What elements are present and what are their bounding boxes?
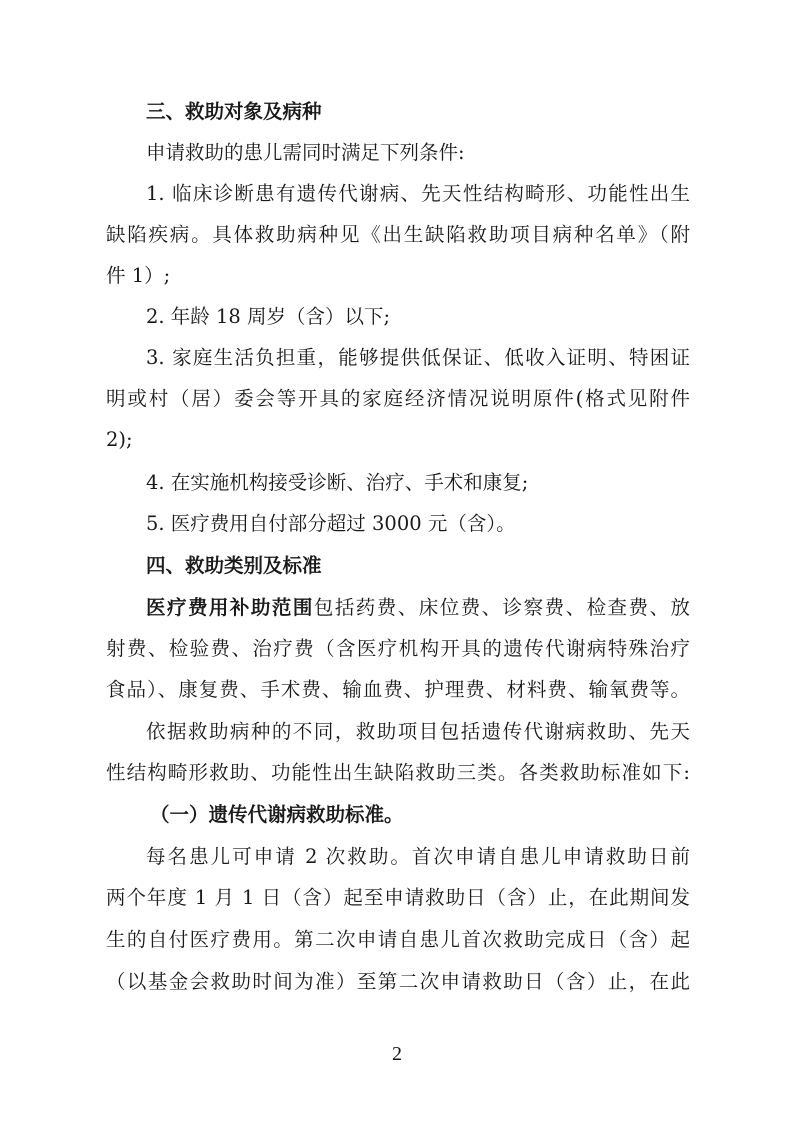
scope-line-1: 医疗费用补助范围包括药费、床位费、诊察费、检查费、放 [146, 593, 690, 623]
page-number: 2 [0, 1043, 794, 1066]
condition-2: 2. 年龄 18 周岁（含）以下; [146, 302, 690, 332]
subsection-1-line-2: 两个年度 1 月 1 日（含）起至申请救助日（含）止，在此期间发 [106, 883, 690, 913]
section-4-heading: 四、救助类别及标准 [146, 551, 690, 581]
subsection-1-heading: （一）遗传代谢病救助标准。 [150, 800, 734, 830]
condition-1-line-1: 1. 临床诊断患有遗传代谢病、先天性结构畸形、功能性出生 [146, 179, 690, 209]
scope-line-2: 射费、检验费、治疗费（含医疗机构开具的遗传代谢病特殊治疗 [106, 634, 690, 664]
condition-3-line-1: 3. 家庭生活负担重，能够提供低保证、低收入证明、特困证 [146, 343, 690, 373]
categories-line-2: 性结构畸形救助、功能性出生缺陷救助三类。各类救助标准如下: [106, 758, 690, 788]
categories-line-1: 依据救助病种的不同，救助项目包括遗传代谢病救助、先天 [146, 717, 690, 747]
section-3-intro: 申请救助的患儿需同时满足下列条件: [146, 138, 690, 168]
condition-1-line-3: 件 1）; [106, 261, 690, 291]
subsection-1-line-1: 每名患儿可申请 2 次救助。首次申请自患儿申请救助日前 [146, 842, 690, 872]
subsection-1-line-4: （以基金会救助时间为准）至第二次申请救助日（含）止，在此 [106, 967, 690, 997]
condition-3-line-2: 明或村（居）委会等开具的家庭经济情况说明原件(格式见附件 [106, 384, 690, 414]
scope-bold-lead: 医疗费用补助范围 [146, 596, 314, 619]
condition-3-line-3: 2); [106, 425, 690, 455]
document-page: 三、救助对象及病种 申请救助的患儿需同时满足下列条件: 1. 临床诊断患有遗传代… [0, 0, 794, 1123]
section-3-heading: 三、救助对象及病种 [146, 97, 690, 127]
condition-5: 5. 医疗费用自付部分超过 3000 元（含）。 [146, 509, 690, 539]
condition-4: 4. 在实施机构接受诊断、治疗、手术和康复; [146, 468, 690, 498]
subsection-1-line-3: 生的自付医疗费用。第二次申请自患儿首次救助完成日（含）起 [106, 925, 690, 955]
scope-line-1-rest: 包括药费、床位费、诊察费、检查费、放 [314, 596, 690, 619]
scope-line-3: 食品）、康复费、手术费、输血费、护理费、材料费、输氧费等。 [106, 675, 690, 705]
condition-1-line-2: 缺陷疾病。具体救助病种见《出生缺陷救助项目病种名单》（附 [106, 220, 690, 250]
